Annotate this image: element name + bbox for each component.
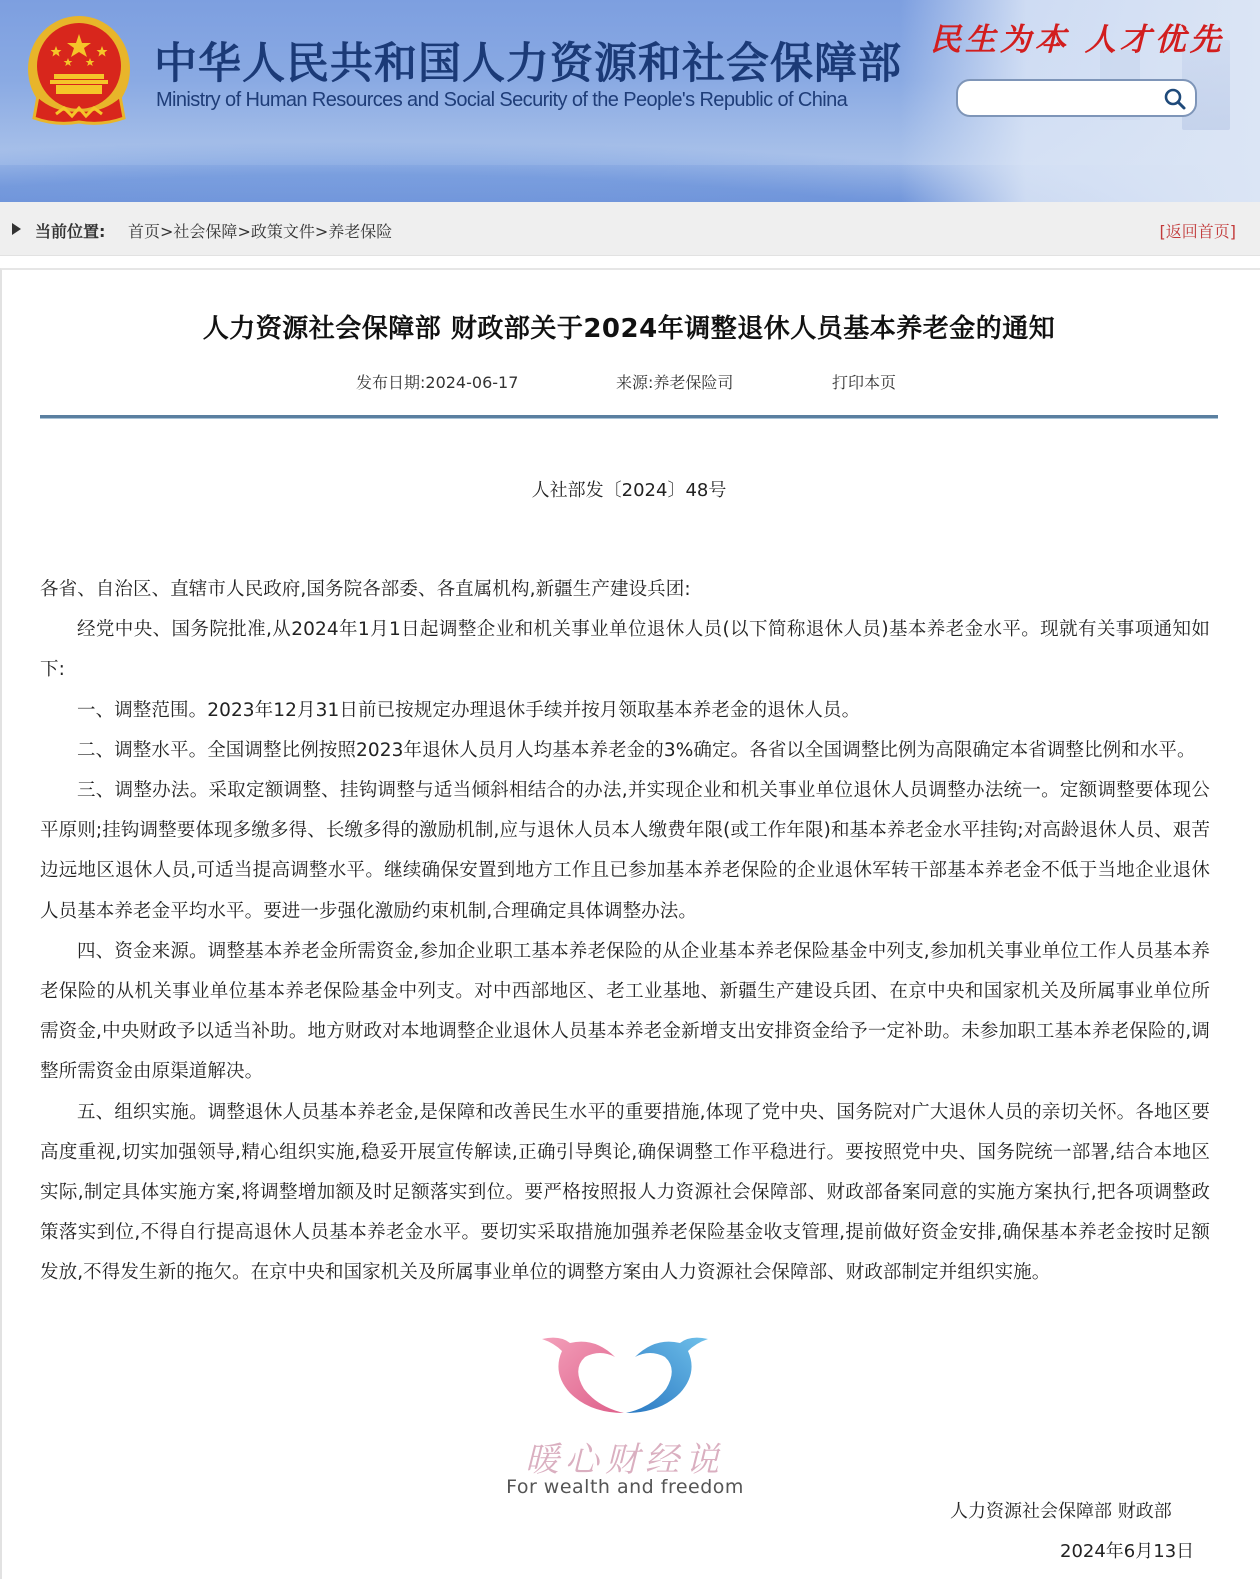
paragraph-funding: 四、资金来源。调整基本养老金所需资金,参加企业职工基本养老保险的从企业基本养老保…	[40, 932, 1210, 1093]
site-title-en: Ministry of Human Resources and Social S…	[156, 89, 847, 112]
article-title: 人力资源社会保障部 财政部关于2024年调整退休人员基本养老金的通知	[2, 308, 1256, 345]
title-divider	[40, 415, 1218, 418]
article-meta: 发布日期:2024-06-17 来源:养老保险司 打印本页	[2, 370, 1256, 394]
play-arrow-icon	[12, 223, 21, 235]
site-slogan: 民生为本 人才优先	[930, 14, 1225, 59]
breadcrumb-separator: >	[315, 222, 328, 241]
site-title-cn: 中华人民共和国人力资源和社会保障部	[154, 30, 902, 91]
breadcrumb-item-social-security[interactable]: 社会保障	[173, 222, 237, 241]
watermark-brand-en: For wealth and freedom	[500, 1476, 750, 1498]
search-icon[interactable]	[1163, 87, 1187, 111]
breadcrumb-separator: >	[237, 222, 250, 241]
breadcrumb-item-pension-insurance[interactable]: 养老保险	[328, 222, 392, 241]
paragraph-scope: 一、调整范围。2023年12月31日前已按规定办理退休手续并按月领取基本养老金的…	[40, 691, 1210, 731]
breadcrumb-item-home[interactable]: 首页	[128, 222, 160, 241]
breadcrumb-bar: 当前位置: 首页>社会保障>政策文件>养老保险 [返回首页]	[0, 202, 1260, 256]
article-body: 各省、自治区、直辖市人民政府,国务院各部委、各直属机构,新疆生产建设兵团: 经党…	[40, 570, 1210, 1294]
back-home-link[interactable]: [返回首页]	[1160, 219, 1237, 242]
site-banner: 中华人民共和国人力资源和社会保障部 Ministry of Human Reso…	[0, 0, 1260, 202]
article-source: 来源:养老保险司	[616, 370, 733, 393]
print-page-link[interactable]: 打印本页	[832, 370, 896, 393]
paragraph-level: 二、调整水平。全国调整比例按照2023年退休人员月人均基本养老金的3%确定。各省…	[40, 731, 1210, 771]
search-input[interactable]	[968, 87, 1158, 109]
paragraph-intro: 经党中央、国务院批准,从2024年1月1日起调整企业和机关事业单位退休人员(以下…	[40, 610, 1210, 690]
breadcrumb-label: 当前位置:	[35, 219, 105, 242]
watermark-brand-cn: 暖心财经说	[510, 1432, 740, 1481]
paragraph-implementation: 五、组织实施。调整退休人员基本养老金,是保障和改善民生水平的重要措施,体现了党中…	[40, 1093, 1210, 1294]
heart-logo-icon	[540, 1335, 710, 1415]
national-emblem-icon[interactable]	[26, 14, 132, 132]
signature-organizations: 人力资源社会保障部 财政部	[950, 1497, 1172, 1523]
document-number: 人社部发〔2024〕48号	[2, 476, 1256, 502]
breadcrumb-separator: >	[160, 222, 173, 241]
search-box	[956, 79, 1197, 117]
salutation: 各省、自治区、直辖市人民政府,国务院各部委、各直属机构,新疆生产建设兵团:	[40, 570, 1210, 610]
publish-date: 发布日期:2024-06-17	[356, 370, 518, 393]
breadcrumb: 首页>社会保障>政策文件>养老保险	[128, 219, 392, 242]
paragraph-method: 三、调整办法。采取定额调整、挂钩调整与适当倾斜相结合的办法,并实现企业和机关事业…	[40, 771, 1210, 932]
breadcrumb-item-policy-documents[interactable]: 政策文件	[251, 222, 315, 241]
signature-date: 2024年6月13日	[1060, 1537, 1194, 1563]
